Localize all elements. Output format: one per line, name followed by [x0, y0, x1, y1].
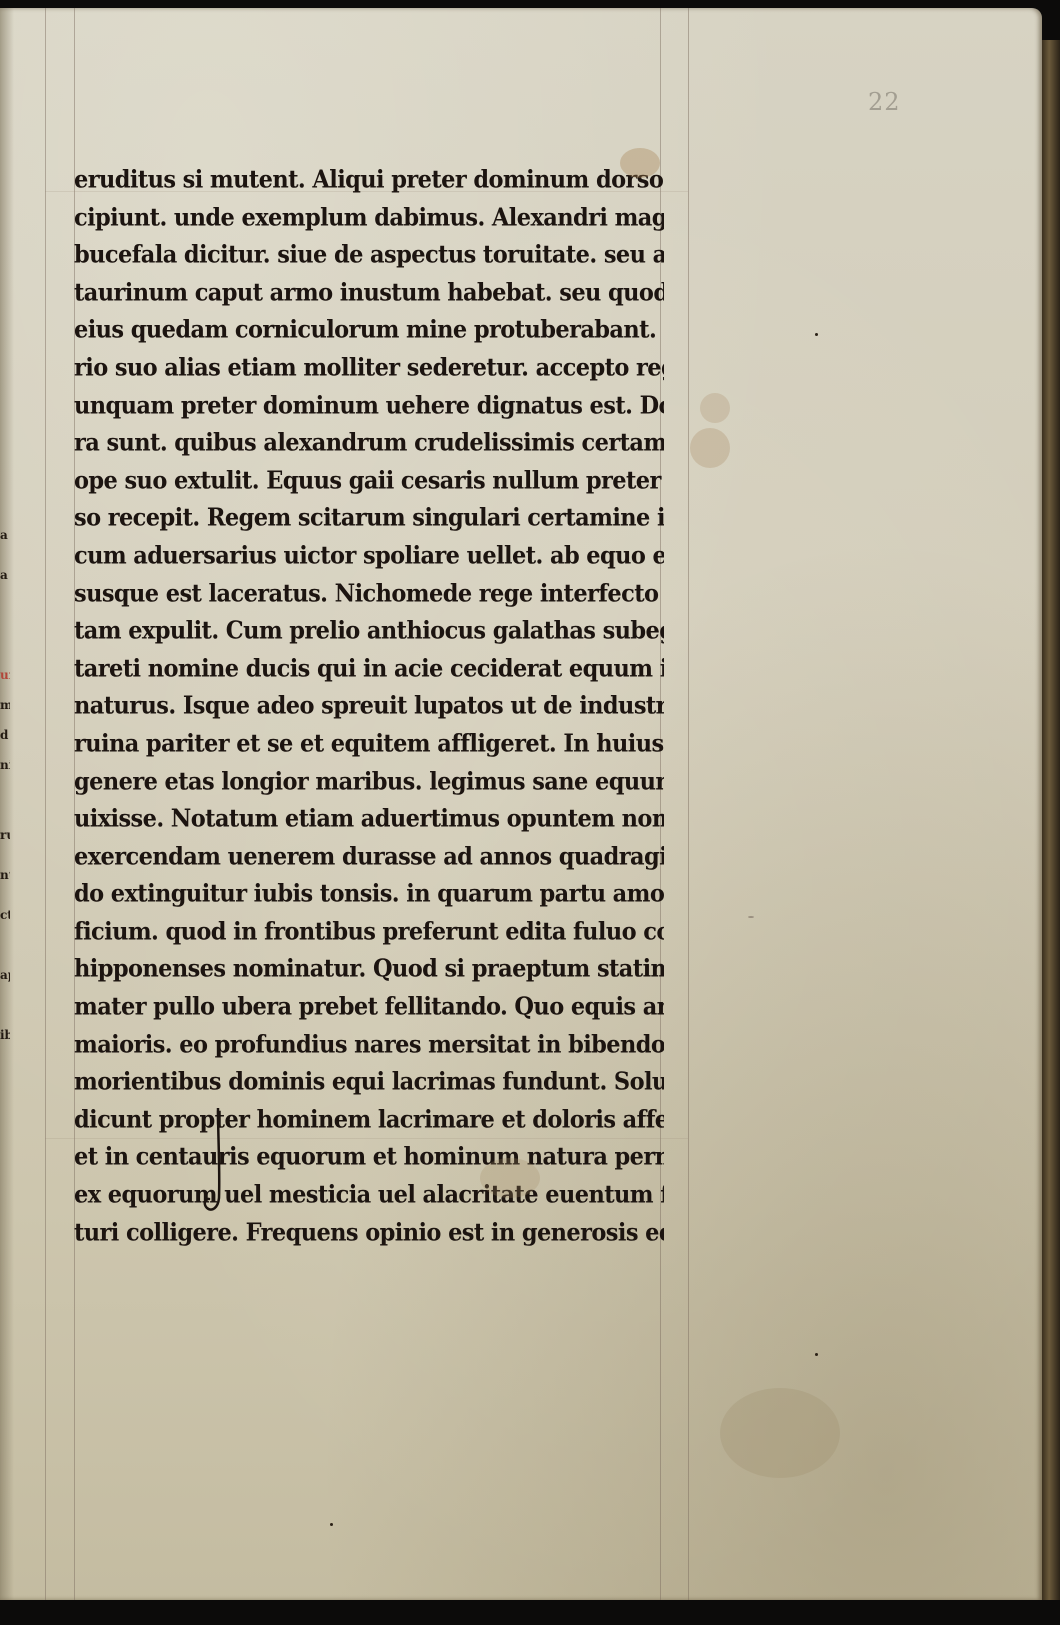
ruling-line-left-outer [45, 8, 46, 1600]
text-line: maioris. eo profundius nares mersitat in… [74, 1025, 664, 1066]
text-line: cum aduersarius uictor spoliare uellet. … [74, 536, 664, 577]
text-line: exercendam uenerem durasse ad annos quad… [74, 837, 664, 878]
text-line: ra sunt. quibus alexandrum crudelissimis… [74, 424, 664, 465]
text-column: eruditus si mutent. Aliqui preter dominu… [74, 162, 664, 1252]
margin-bleed-fragment: d [0, 728, 10, 742]
text-line: mater pullo ubera prebet fellitando. Quo… [74, 988, 664, 1029]
margin-bleed-fragment: ni [0, 758, 10, 772]
margin-bleed-fragment: nt [0, 868, 10, 882]
text-line: eruditus si mutent. Aliqui preter dominu… [74, 160, 664, 201]
text-line: uixisse. Notatum etiam aduertimus opunte… [74, 800, 664, 841]
text-line: rio suo alias etiam molliter sederetur. … [74, 348, 664, 389]
margin-bleed-fragment: ct [0, 908, 10, 922]
text-line: ruina pariter et se et equitem affligere… [74, 724, 664, 765]
text-line: tam expulit. Cum prelio anthiocus galath… [74, 612, 664, 653]
text-line: susque est laceratus. Nichomede rege int… [74, 574, 664, 615]
gutter-shadow [0, 8, 14, 1600]
text-line: taurinum caput armo inustum habebat. seu… [74, 273, 664, 314]
folio-number: 22 [868, 88, 901, 116]
text-line: ficium. quod in frontibus preferunt edit… [74, 912, 664, 953]
speck [815, 333, 818, 336]
margin-bleed-fragment: a [0, 568, 10, 582]
text-line: cipiunt. unde exemplum dabimus. Alexandr… [74, 198, 664, 239]
stain [480, 1158, 540, 1198]
text-line: naturus. Isque adeo spreuit lupatos ut d… [74, 687, 664, 728]
manuscript-folio: aaurmdniruntctapib 22 eruditus si mutent… [0, 8, 1042, 1600]
margin-bleed-fragment: ib [0, 1028, 10, 1042]
text-line: do extinguitur iubis tonsis. in quarum p… [74, 875, 664, 916]
stain [720, 1388, 840, 1478]
text-line: unquam preter dominum uehere dignatus es… [74, 386, 664, 427]
margin-bleed-fragment: ur [0, 668, 10, 682]
stain [690, 428, 730, 468]
binding-edge [1042, 40, 1060, 1600]
text-line: turi colligere. Frequens opinio est in g… [74, 1213, 664, 1254]
text-line: et in centauris equorum et hominum natur… [74, 1138, 664, 1179]
text-line: dicunt propter hominem lacrimare et dolo… [74, 1100, 664, 1141]
text-line: tareti nomine ducis qui in acie cecidera… [74, 649, 664, 690]
margin-bleed-fragment: ap [0, 968, 10, 982]
text-line: ope suo extulit. Equus gaii cesaris null… [74, 461, 664, 502]
margin-bleed-fragment: a [0, 528, 10, 542]
text-line: hipponenses nominatur. Quod si praeptum … [74, 950, 664, 991]
margin-bleed-fragment: ru [0, 828, 10, 842]
text-line: eius quedam corniculorum mine protuberab… [74, 311, 664, 352]
ruling-line-right-outer [688, 8, 689, 1600]
text-line: so recepit. Regem scitarum singulari cer… [74, 499, 664, 540]
text-line: ex equorum uel mesticia uel alacritate e… [74, 1176, 664, 1217]
text-line: genere etas longior maribus. legimus san… [74, 762, 664, 803]
text-line: bucefala dicitur. siue de aspectus torui… [74, 236, 664, 277]
text-line: morientibus dominis equi lacrimas fundun… [74, 1063, 664, 1104]
margin-bleed-fragment: m [0, 698, 10, 712]
stain [620, 148, 660, 178]
descender-flourish [196, 1108, 236, 1218]
speck [748, 916, 754, 918]
speck [330, 1523, 333, 1526]
stain [700, 393, 730, 423]
speck [815, 1353, 818, 1356]
